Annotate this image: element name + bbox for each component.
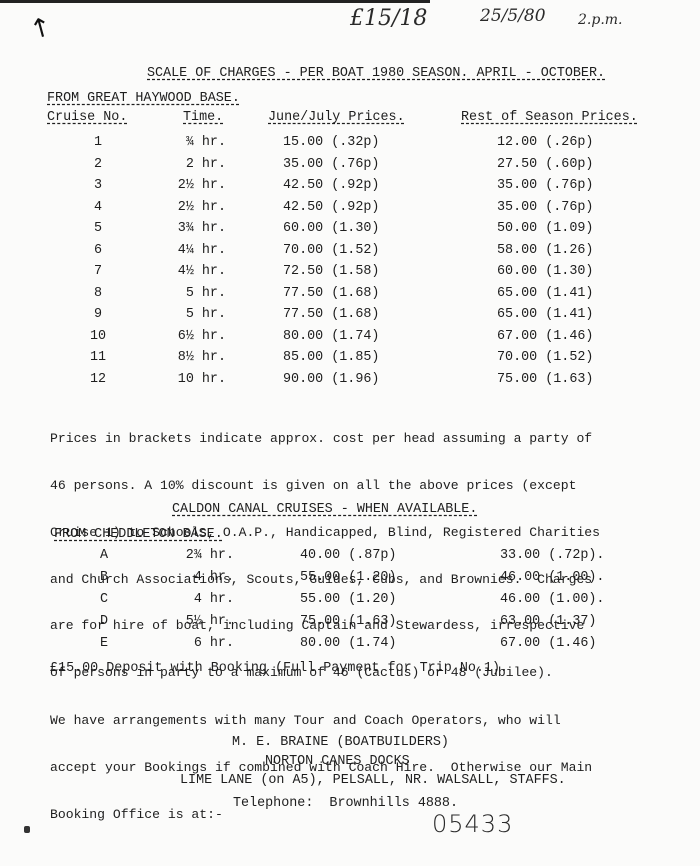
time-cell: 4½ hr. [146,264,226,279]
scan-speck [24,826,30,833]
cruise-no-cell: A [84,548,124,563]
rest-of-season-price-cell: 65.00 (1.41) [497,307,593,322]
deposit-note: £15.00 Deposit with Booking (Full Paymen… [50,662,508,675]
cruise-no-cell: 6 [78,243,118,258]
june-july-price-cell: 90.00 (1.96) [283,372,379,387]
rest-of-season-price-cell: 60.00 (1.30) [497,264,593,279]
cruise-no-cell: E [84,636,124,651]
rest-of-season-price-cell: 65.00 (1.41) [497,286,593,301]
great-haywood-heading: FROM GREAT HAYWOOD BASE. [47,92,240,105]
time-cell: 3¾ hr. [146,221,226,236]
table-row: C4 hr.55.00 (1.20)46.00 (1.00). [0,592,700,612]
cruise-no-cell: 9 [78,307,118,322]
time-cell: 4¼ hr. [146,243,226,258]
cruise-no-cell: 7 [78,264,118,279]
address-docks: NORTON CANES DOCKS [265,754,410,769]
address-company: M. E. BRAINE (BOATBUILDERS) [232,735,449,750]
cruise-no-cell: D [84,614,124,629]
address-telephone: Telephone: Brownhills 4888. [233,796,458,811]
notes-line: 46 persons. A 10% discount is given on a… [50,478,670,494]
table-row: 53¾ hr.60.00 (1.30)50.00 (1.09) [0,221,700,241]
time-cell: 6 hr. [154,636,234,651]
rest-of-season-price-cell: 63.00 (1.37) [500,614,596,629]
cheddleton-heading: FROM CHEDDLETON BASE. [54,528,223,541]
rest-of-season-price-cell: 67.00 (1.46) [500,636,596,651]
corner-mark: ↑ [26,12,55,47]
rest-of-season-price-cell: 50.00 (1.09) [497,221,593,236]
rest-of-season-price-cell: 67.00 (1.46) [497,329,593,344]
rest-of-season-price-cell: 75.00 (1.63) [497,372,593,387]
time-cell: 5½ hr. [154,614,234,629]
rest-of-season-price-cell: 12.00 (.26p) [497,135,593,150]
cruise-no-cell: 8 [78,286,118,301]
june-july-price-cell: 80.00 (1.74) [300,636,396,651]
scan-edge [0,0,430,3]
document-title: SCALE OF CHARGES - PER BOAT 1980 SEASON.… [147,67,605,80]
time-cell: ¾ hr. [146,135,226,150]
handwritten-reference: £15/18 [350,6,427,31]
june-july-price-cell: 75.00 (1.63) [300,614,396,629]
table-row: D5½ hr.75.00 (1.63)63.00 (1.37) [0,614,700,634]
handwritten-date: 25/5/80 [480,6,546,26]
table-row: A2¾ hr.40.00 (.87p)33.00 (.72p). [0,548,700,568]
time-cell: 2 hr. [146,157,226,172]
rest-of-season-price-cell: 46.00 (1.00). [500,592,604,607]
col-header-rest-of-season: Rest of Season Prices. [461,111,638,124]
cruise-no-cell: B [84,570,124,585]
time-cell: 10 hr. [146,372,226,387]
time-cell: 4 hr. [154,592,234,607]
address-street: LIME LANE (on A5), PELSALL, NR. WALSALL,… [180,773,566,788]
cruise-no-cell: 12 [78,372,118,387]
june-july-price-cell: 72.50 (1.58) [283,264,379,279]
table-row: 22 hr.35.00 (.76p)27.50 (.60p) [0,157,700,177]
time-cell: 5 hr. [146,286,226,301]
caldon-heading: CALDON CANAL CRUISES - WHEN AVAILABLE. [172,503,477,516]
table-row: 106½ hr.80.00 (1.74)67.00 (1.46) [0,329,700,349]
cruise-no-cell: 4 [78,200,118,215]
cruise-no-cell: 3 [78,178,118,193]
june-july-price-cell: 55.00 (1.20) [300,570,396,585]
june-july-price-cell: 85.00 (1.85) [283,350,379,365]
june-july-price-cell: 15.00 (.32p) [283,135,379,150]
june-july-price-cell: 80.00 (1.74) [283,329,379,344]
time-cell: 2½ hr. [146,200,226,215]
rest-of-season-price-cell: 70.00 (1.52) [497,350,593,365]
time-cell: 2½ hr. [146,178,226,193]
table-row: 64¼ hr.70.00 (1.52)58.00 (1.26) [0,243,700,263]
rest-of-season-price-cell: 46.00 (1.00). [500,570,604,585]
booking-line: We have arrangements with many Tour and … [50,713,670,729]
rest-of-season-price-cell: 27.50 (.60p) [497,157,593,172]
table-row: 1210 hr.90.00 (1.96)75.00 (1.63) [0,372,700,392]
document-page: ↑ £15/18 25/5/80 2.p.m. SCALE OF CHARGES… [0,0,700,866]
june-july-price-cell: 42.50 (.92p) [283,200,379,215]
rest-of-season-price-cell: 35.00 (.76p) [497,200,593,215]
table-row: 85 hr.77.50 (1.68)65.00 (1.41) [0,286,700,306]
cruise-no-cell: 1 [78,135,118,150]
rest-of-season-price-cell: 33.00 (.72p). [500,548,604,563]
june-july-price-cell: 42.50 (.92p) [283,178,379,193]
table-row: B4 hr.55.00 (1.20)46.00 (1.00). [0,570,700,590]
cruise-no-cell: 5 [78,221,118,236]
june-july-price-cell: 40.00 (.87p) [300,548,396,563]
time-cell: 6½ hr. [146,329,226,344]
june-july-price-cell: 60.00 (1.30) [283,221,379,236]
table-row: 74½ hr.72.50 (1.58)60.00 (1.30) [0,264,700,284]
notes-line: Prices in brackets indicate approx. cost… [50,431,670,447]
table-row: 42½ hr.42.50 (.92p)35.00 (.76p) [0,200,700,220]
time-cell: 5 hr. [146,307,226,322]
cruise-no-cell: C [84,592,124,607]
col-header-june-july: June/July Prices. [268,111,405,124]
table-row: 118½ hr.85.00 (1.85)70.00 (1.52) [0,350,700,370]
handwritten-file-code: 05433 [432,810,513,838]
cruise-no-cell: 10 [78,329,118,344]
rest-of-season-price-cell: 58.00 (1.26) [497,243,593,258]
june-july-price-cell: 77.50 (1.68) [283,307,379,322]
june-july-price-cell: 77.50 (1.68) [283,286,379,301]
june-july-price-cell: 55.00 (1.20) [300,592,396,607]
cruise-no-cell: 11 [78,350,118,365]
cruise-no-cell: 2 [78,157,118,172]
june-july-price-cell: 35.00 (.76p) [283,157,379,172]
handwritten-time: 2.p.m. [578,12,623,28]
table-row: E6 hr.80.00 (1.74)67.00 (1.46) [0,636,700,656]
table-row: 32½ hr.42.50 (.92p)35.00 (.76p) [0,178,700,198]
col-header-time: Time. [183,111,223,124]
table-row: 1¾ hr.15.00 (.32p)12.00 (.26p) [0,135,700,155]
time-cell: 4 hr. [154,570,234,585]
rest-of-season-price-cell: 35.00 (.76p) [497,178,593,193]
june-july-price-cell: 70.00 (1.52) [283,243,379,258]
col-header-cruise-no: Cruise No. [47,111,127,124]
time-cell: 2¾ hr. [154,548,234,563]
time-cell: 8½ hr. [146,350,226,365]
table-row: 95 hr.77.50 (1.68)65.00 (1.41) [0,307,700,327]
